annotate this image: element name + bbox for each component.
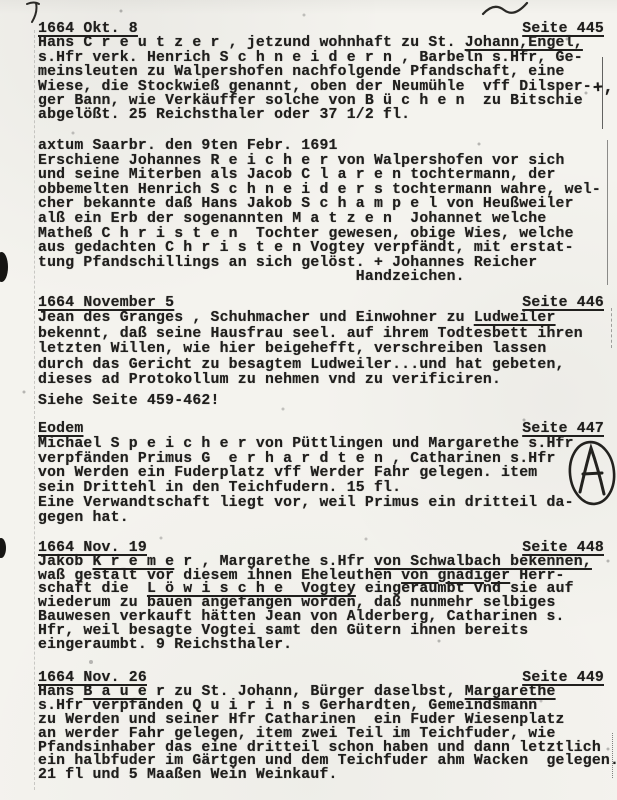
see-also-note: Siehe Seite 459-462! bbox=[38, 393, 220, 409]
handwritten-plus-mark: +, bbox=[592, 78, 614, 98]
circled-a-annotation bbox=[566, 436, 617, 508]
text-line: cher bekannte daß Hans Jakob S c h a m p… bbox=[38, 197, 604, 212]
text-run: Eine Verwandtschaft liegt vor, weil Prim… bbox=[38, 495, 574, 511]
text-line: aus gedachten C h r i s t e n Vogtey ver… bbox=[38, 241, 604, 256]
entry-heading: axtum Saarbr. den 9ten Febr. 1691 bbox=[38, 139, 604, 154]
record-entry: axtum Saarbr. den 9ten Febr. 1691Erschie… bbox=[38, 139, 604, 285]
text-run: eingeraumbt. 9 Reichsthaler. bbox=[38, 637, 292, 653]
right-edge-line bbox=[611, 308, 612, 348]
text-line: von Werden ein Fuderplatz vff Werder Fah… bbox=[38, 466, 604, 481]
text-line: dieses ad Protokollum zu nehmen vnd zu v… bbox=[38, 373, 604, 388]
text-run: abgelößt. 25 Reichsthaler oder 37 1/2 fl… bbox=[38, 107, 410, 123]
text-line: Hans C r e u t z e r , jetzund wohnhaft … bbox=[38, 36, 604, 50]
page-reference: Seite 447 bbox=[522, 422, 604, 437]
record-entry: 1664 November 5Seite 446Jean des Granges… bbox=[38, 296, 604, 388]
record-entry: 1664 Nov. 26Seite 449Hans B a u e r zu S… bbox=[38, 672, 604, 783]
handwritten-check-icon bbox=[480, 0, 530, 20]
text-run: bekennt, daß seine Hausfrau seel. auf ih… bbox=[38, 326, 583, 342]
text-line: Jean des Granges , Schuhmacher und Einwo… bbox=[38, 311, 604, 326]
text-run: und seine Miterben als Jacob C l a r e n… bbox=[38, 167, 556, 183]
entry-heading: EodemSeite 447 bbox=[38, 422, 604, 437]
text-line: Michael S p e i c h e r von Püttlingen u… bbox=[38, 437, 604, 452]
text-line: 21 fl und 5 Maaßen Wein Weinkauf. bbox=[38, 769, 604, 783]
text-line: Eine Verwandtschaft liegt vor, weil Prim… bbox=[38, 496, 604, 511]
record-entry: 1664 Nov. 19Seite 448Jakob K r e m e r ,… bbox=[38, 542, 604, 652]
text-line: und seine Miterben als Jacob C l a r e n… bbox=[38, 168, 604, 183]
text-line: Wiese, die Stockwieß genannt, oben der N… bbox=[38, 80, 604, 94]
right-edge-line bbox=[607, 140, 608, 285]
scan-blot bbox=[0, 538, 6, 558]
text-line: Handzeichen. bbox=[38, 270, 604, 285]
text-run: alß ein Erb der sogenannten M a t z e n … bbox=[38, 211, 546, 227]
text-line: durch das Gericht zu besagtem Ludweiler.… bbox=[38, 358, 604, 373]
text-line: Matheß C h r i s t e n Tochter gewesen, … bbox=[38, 227, 604, 242]
text-line: letzten Willen, wie hier beigehefft, ver… bbox=[38, 342, 604, 357]
text-run: gegen hat. bbox=[38, 510, 129, 526]
entry-date: Eodem bbox=[38, 422, 83, 437]
text-run: letzten Willen, wie hier beigehefft, ver… bbox=[38, 341, 546, 357]
text-run: durch das Gericht zu besagtem Ludweiler.… bbox=[38, 357, 565, 373]
text-run: cher bekannte daß Hans Jakob S c h a m p… bbox=[38, 196, 574, 212]
text-run: Michael S p e i c h e r von Püttlingen u… bbox=[38, 436, 574, 452]
text-line: bekennt, daß seine Hausfrau seel. auf ih… bbox=[38, 327, 604, 342]
text-run: Handzeichen. bbox=[38, 269, 465, 285]
text-line: meinsleuten zu Walpershofen nachfolgende… bbox=[38, 65, 604, 79]
handwritten-squiggle-icon bbox=[22, 0, 44, 26]
text-run: aus gedachten C h r i s t e n Vogtey ver… bbox=[38, 240, 574, 256]
text-run: von Werden ein Fuderplatz vff Werder Fah… bbox=[38, 465, 537, 481]
scan-specks bbox=[0, 0, 2, 2]
text-line: sein Drittehl in den Teichfudern. 15 fl. bbox=[38, 481, 604, 496]
text-run: Jean des Granges , Schuhmacher und Einwo… bbox=[38, 310, 474, 326]
text-line: alß ein Erb der sogenannten M a t z e n … bbox=[38, 212, 604, 227]
scanned-document-page: 1664 Okt. 8Seite 445Hans C r e u t z e r… bbox=[0, 0, 617, 800]
left-margin-fold-line bbox=[34, 30, 35, 790]
text-run: sein Drittehl in den Teichfudern. 15 fl. bbox=[38, 480, 401, 496]
text-line: gegen hat. bbox=[38, 511, 604, 526]
text-line: Erschiene Johannes R e i c h e r von Wal… bbox=[38, 154, 604, 169]
entry-date: axtum Saarbr. den 9ten Febr. 1691 bbox=[38, 139, 338, 154]
record-entry: 1664 Okt. 8Seite 445Hans C r e u t z e r… bbox=[38, 22, 604, 123]
underlined-text: Ludweiler bbox=[474, 310, 556, 326]
right-edge-line bbox=[612, 733, 613, 778]
record-entry: EodemSeite 447Michael S p e i c h e r vo… bbox=[38, 422, 604, 526]
text-line: abgelößt. 25 Reichsthaler oder 37 1/2 fl… bbox=[38, 108, 604, 122]
text-run: dieses ad Protokollum zu nehmen vnd zu v… bbox=[38, 372, 501, 388]
text-run: 21 fl und 5 Maaßen Wein Weinkauf. bbox=[38, 767, 338, 783]
text-line: eingeraumbt. 9 Reichsthaler. bbox=[38, 639, 604, 653]
scan-blot bbox=[0, 252, 8, 282]
